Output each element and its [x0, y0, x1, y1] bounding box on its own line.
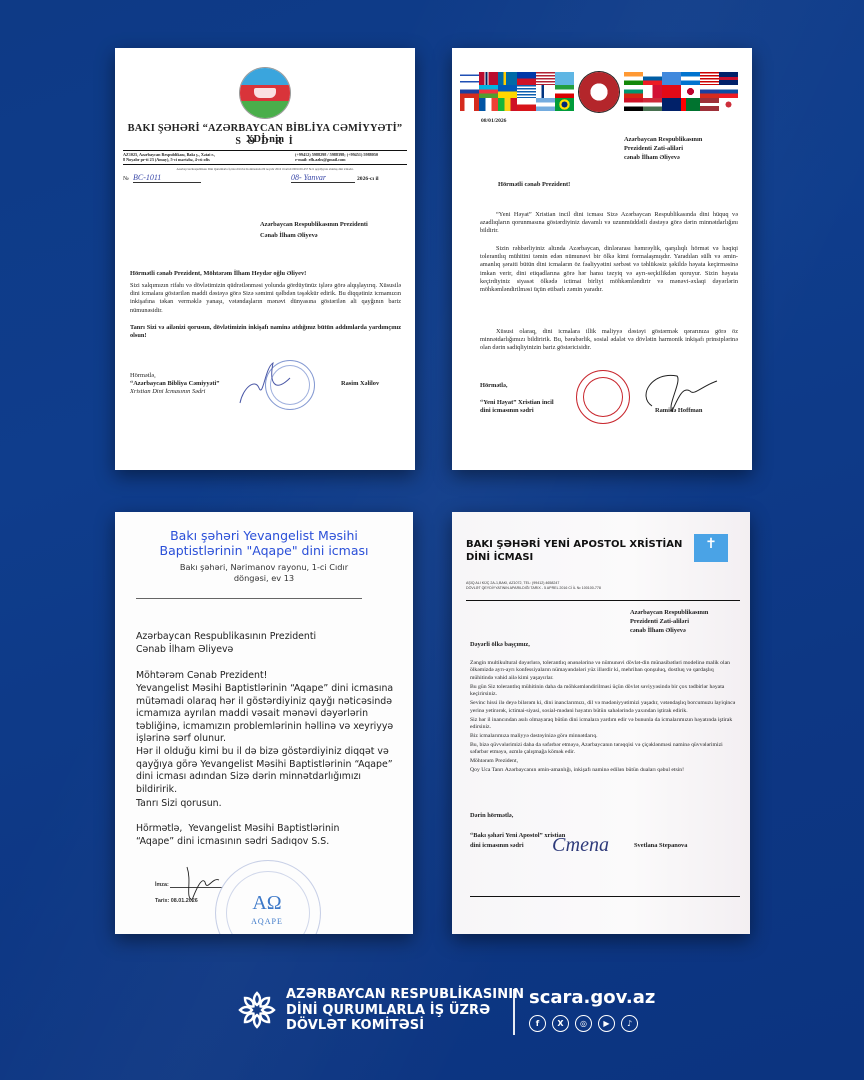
- signer-role: Xristian Dini İcmasının Sədri: [130, 388, 205, 396]
- flag-czechia-icon: [517, 98, 536, 111]
- paragraph-1: “Yeni Həyat” Xristian incil dini icması …: [480, 211, 738, 236]
- registration-note: Azərbaycan Respublikası Dini Qurumlarla …: [123, 167, 407, 171]
- committee-name-line-1: AZƏRBAYCAN RESPUBLİKASININ: [286, 987, 524, 1003]
- paragraph: Siz hər il inancından asılı olmayaraq bü…: [470, 717, 738, 732]
- signature-icon: [235, 358, 295, 408]
- closing-line-2: “Aqape” dini icmasının sədri Sadıqov S.S…: [136, 836, 329, 849]
- letter-aqape: Bakı şəhəri Yevangelist Məsihi Baptistlə…: [115, 512, 413, 934]
- addressee-line-2: Prezidenti Zati-aliləri: [630, 618, 689, 626]
- paragraph-1: Sizi xalqımızın rifahı və dövlətimizin q…: [130, 282, 401, 315]
- addressee-line-1: Azərbaycan Respublikasının: [624, 136, 702, 144]
- flag-syria-icon: [624, 98, 643, 111]
- signer-org-line-2: dini icmasının sədri: [470, 842, 524, 850]
- paragraph: Qoy Uca Tanrı Azərbaycanın əmin-amanlığı…: [470, 767, 738, 774]
- paragraph-1: Yevangelist Məsihi Baptistlərinin “Aqape…: [136, 683, 396, 746]
- bible-society-emblem-icon: [240, 68, 290, 118]
- flag-norway-icon: [479, 72, 498, 85]
- flag-south-korea-icon: [719, 98, 738, 111]
- flag-iran-icon: [555, 85, 574, 98]
- paragraph-3: Xüsusi olaraq, dini icmalara illik maliy…: [480, 328, 738, 353]
- flag-israel-icon: [460, 72, 479, 85]
- aqape-stamp-text: AQAPE: [215, 917, 319, 926]
- yeni-hayat-logo-icon: [579, 72, 619, 112]
- document-date: 08- Yanvar: [291, 173, 355, 183]
- signer-name: Rasim Xəlilov: [341, 380, 379, 388]
- flag-canada-icon: [460, 98, 479, 111]
- paragraph: Möhtərəm Prezident,: [470, 758, 738, 765]
- paragraph: Biz icmalarımıza maliyyə dəstəyinizə gör…: [470, 733, 738, 740]
- flag-russia-icon: [460, 85, 479, 98]
- flag-panama-icon: [643, 85, 662, 98]
- addressee-line-2: Cənab İlham Əliyevə: [136, 644, 233, 657]
- header-rule: [123, 150, 407, 151]
- org-title-line-2: Baptistlərinin "Aqape" dini icması: [115, 543, 413, 558]
- flag-philippines-icon: [517, 72, 536, 85]
- closing: Dərin hörmətlə,: [470, 812, 513, 820]
- flag-somalia-icon: [662, 72, 681, 85]
- aqape-symbol: AΩ: [215, 892, 319, 915]
- addressee-line-2: Prezidenti Zati-aliləri: [624, 145, 683, 153]
- tiktok-icon[interactable]: ♪: [621, 1015, 638, 1032]
- flag-sweden-icon: [498, 72, 517, 85]
- committee-name-line-3: DÖVLƏT KOMİTƏSİ: [286, 1018, 524, 1034]
- social-links: fX◎▶♪: [529, 1015, 638, 1032]
- letter-date: 08/01/2026: [481, 118, 506, 124]
- closing-line-1: Hörmətlə, Yevangelist Məsihi Baptistləri…: [136, 823, 339, 836]
- header-rule: [136, 598, 362, 599]
- flag-uk-icon: [719, 72, 738, 85]
- flag-hungary-icon: [643, 98, 662, 111]
- paragraph-2: Tanrı Sizi və ailənizi qorusun, dövlətim…: [130, 324, 401, 340]
- flag-mali-icon: [498, 98, 517, 111]
- flag-slovakia-icon: [719, 85, 738, 98]
- addressee-line-1: Azərbaycan Respublikasının Prezidenti: [136, 631, 316, 644]
- flag-ukraine-icon: [498, 85, 517, 98]
- addressee-line-1: Azərbaycan Respublikasının Prezidenti: [260, 221, 368, 229]
- committee-name-line-2: DİNİ QURUMLARLA İŞ ÜZRƏ: [286, 1003, 524, 1019]
- youtube-icon[interactable]: ▶: [598, 1015, 615, 1032]
- flag-uae-icon: [681, 98, 700, 111]
- flag-honduras-icon: [681, 72, 700, 85]
- address-line-2: DÖVLƏT QEYDİYYATININ APARILDIĞI TARIX - …: [466, 586, 601, 591]
- facebook-icon[interactable]: f: [529, 1015, 546, 1032]
- letter-yeni-apostol: BAKI ŞƏHƏRİ YENİ APOSTOL XRİSTİAN DİNİ İ…: [452, 512, 750, 934]
- letter-date: Tarix: 08.01.2026: [155, 898, 198, 904]
- org-title-line-2: DİNİ İCMASI: [466, 551, 533, 564]
- salutation: Hörmətli cənab Prezident, Möhtərəm İlham…: [130, 270, 306, 278]
- document-year: 2026-cı il: [357, 176, 379, 182]
- addressee-line-3: cənab İlham Əliyevə: [624, 154, 680, 162]
- red-stamp-icon: [576, 370, 630, 424]
- addressee-line-3: cənab İlham Əliyevə: [630, 627, 686, 635]
- flag-russia-icon: [700, 85, 719, 98]
- footer-rule: [470, 896, 740, 897]
- header-rule-2: [123, 164, 407, 165]
- paragraph-2: Sizin rəhbərliyiniz altında Azərbaycan, …: [480, 245, 738, 294]
- flags-right: [624, 72, 738, 111]
- website-link[interactable]: scara.gov.az: [529, 987, 655, 1008]
- flag-france-icon: [479, 98, 498, 111]
- header-rule: [466, 600, 740, 601]
- paragraph-2: Hər il olduğu kimi bu il də bizə göstərd…: [136, 746, 398, 796]
- x-icon[interactable]: X: [552, 1015, 569, 1032]
- addressee-line-2: Cənab İlham Əliyevə: [260, 232, 318, 240]
- flag-bulgaria-icon: [624, 85, 643, 98]
- flag-argentina-icon: [536, 98, 555, 111]
- address-line-1: Bakı şəhəri, Nərimanov rayonu, 1-ci Cıdı…: [115, 562, 413, 573]
- flag-azerbaijan-icon: [479, 85, 498, 98]
- salutation: Hörmətli cənab Prezident!: [498, 181, 570, 189]
- committee-logo-icon: [234, 987, 280, 1033]
- new-apostolic-church-logo-icon: [694, 534, 728, 562]
- paragraph: Sevinc hissi ilə deyə bilərəm ki, dini i…: [470, 700, 738, 715]
- committee-name: AZƏRBAYCAN RESPUBLİKASININ DİNİ QURUMLAR…: [286, 987, 524, 1034]
- flag-new-zealand-icon: [662, 98, 681, 111]
- document-number: BC-1011: [133, 173, 201, 183]
- flag-greece-icon: [517, 85, 536, 98]
- signer-name: Svetlana Stepanova: [634, 842, 687, 850]
- org-subtitle: S Ə D R İ: [115, 136, 415, 147]
- address-line-2: 8 Noyabr pr-ti 23 (Amay), 5-ci mərtəbə, …: [123, 157, 210, 162]
- flag-finland-icon: [536, 85, 555, 98]
- salutation: Dəyərli ölkə başçımız,: [470, 641, 530, 649]
- flag-slovenia-icon: [643, 72, 662, 85]
- contact-email: e-mail: efh.azbs@gmail.com: [295, 157, 346, 162]
- signer-name: Ramidə Hoffman: [655, 407, 702, 415]
- flag-india-icon: [624, 72, 643, 85]
- letter-yeni-hayat: 08/01/2026 Azərbaycan Respublikasının Pr…: [452, 48, 752, 470]
- addressee-line-1: Azərbaycan Respublikasının: [630, 609, 708, 617]
- flag-tuvalu-icon: [555, 72, 574, 85]
- address-line-2: döngəsi, ev 13: [115, 573, 413, 584]
- instagram-icon[interactable]: ◎: [575, 1015, 592, 1032]
- flag-usa-icon: [536, 72, 555, 85]
- closing: Hörmətlə,: [480, 382, 508, 390]
- footer: AZƏRBAYCAN RESPUBLİKASININ DİNİ QURUMLAR…: [0, 975, 864, 1055]
- blessing: Tanrı Sizi qorusun.: [136, 798, 222, 811]
- salutation: Möhtərəm Cənab Prezident!: [136, 670, 267, 683]
- flag-japan-icon: [681, 85, 700, 98]
- org-title-line-1: Bakı şəhəri Yevangelist Məsihi: [115, 528, 413, 543]
- flags-left: [460, 72, 574, 111]
- org-title-line-1: BAKI ŞƏHƏRİ YENİ APOSTOL XRİSTİAN: [466, 538, 682, 551]
- paragraph: Zəngin multikultural dəyərlərə, tolerant…: [470, 660, 738, 682]
- flag-latvia-icon: [700, 98, 719, 111]
- signature-icon: Степа: [552, 834, 609, 857]
- flag-malaysia-icon: [700, 72, 719, 85]
- signer-org-line-2: dini icmasının sədri: [480, 407, 534, 415]
- letter-bible-society: BAKI ŞƏHƏRİ “AZƏRBAYCAN BİBLİYA CƏMİYYƏT…: [115, 48, 415, 470]
- letter-body: Zəngin multikultural dəyərlərə, tolerant…: [470, 660, 738, 776]
- signer-org-line-1: “Bakı şəhəri Yeni Apostol” xristian: [470, 832, 565, 840]
- flag-brazil-icon: [555, 98, 574, 111]
- footer-divider: [513, 989, 515, 1035]
- paragraph: Bu, bizə qüvvələrimizi daha da səfərbər …: [470, 742, 738, 757]
- signature-label: İmza:: [155, 882, 169, 888]
- paragraph: Bu gün Siz tolerantlıq mühitinin daha da…: [470, 684, 738, 699]
- number-label: №: [123, 176, 129, 182]
- flag-turkey-icon: [662, 85, 681, 98]
